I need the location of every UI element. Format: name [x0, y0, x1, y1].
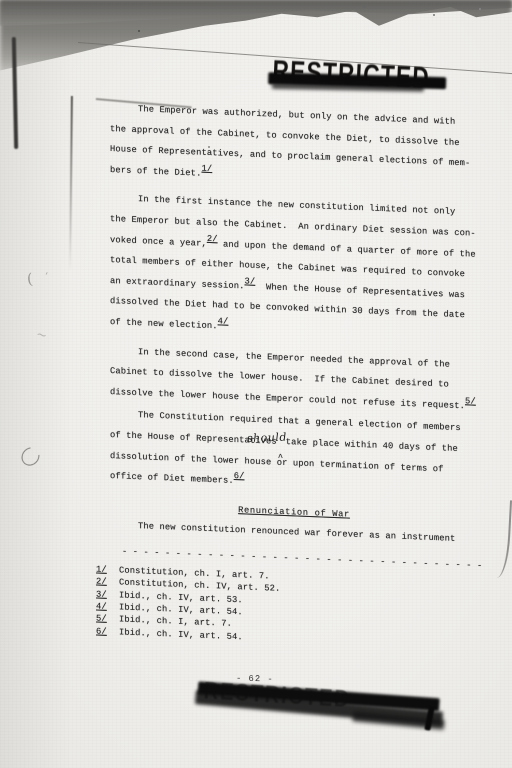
footnote-reference: 5/	[465, 391, 476, 412]
scan-edge-shadow-dark	[0, 0, 512, 26]
scan-speck	[363, 6, 366, 8]
footnote-list: 1/Constitution, ch. I, art. 7.2/Constitu…	[96, 563, 478, 653]
paragraph-general-election: The Constitution required that a general…	[110, 404, 478, 501]
footnote-number: 1/	[96, 563, 109, 576]
handwritten-word: should	[246, 428, 287, 450]
paper-curl-line	[492, 500, 512, 579]
footnote-reference: 1/	[201, 158, 212, 179]
restricted-stamp-bottom: RESTRICTED	[202, 677, 440, 739]
insertion-caret: ^	[278, 448, 284, 469]
footnote-number: 3/	[96, 588, 109, 601]
footnote-number: 4/	[96, 600, 109, 613]
pencil-circle-mark	[18, 444, 43, 469]
paragraph-first-instance: In the first instance the new constituti…	[110, 188, 478, 347]
scan-speck	[138, 30, 140, 32]
page-corner-vertical-edge	[69, 96, 73, 271]
typed-text-block: The Emperor was authorized, but only on …	[110, 98, 478, 653]
pencil-squiggle-mark: ~	[34, 327, 48, 344]
paragraph-emperor-authorized: The Emperor was authorized, but only on …	[110, 98, 478, 195]
scan-speck	[433, 14, 435, 16]
scan-speck	[479, 8, 481, 10]
footnote-reference: 2/	[207, 228, 218, 249]
footnote-reference: 6/	[234, 466, 245, 487]
pencil-paren-mark: (	[26, 270, 34, 289]
pencil-tick-mark: ʹ	[42, 272, 48, 283]
footnote-number: 6/	[96, 625, 109, 638]
footnote-reference: 3/	[244, 271, 255, 292]
scanned-document-page: ( ʹ ~ RESTRICTED The Emperor was authori…	[0, 0, 512, 768]
footnote-number: 2/	[96, 576, 109, 589]
restricted-stamp-top: RESTRICTED	[271, 56, 455, 112]
footnote-number: 5/	[96, 613, 109, 626]
footnote-reference: 4/	[218, 311, 229, 332]
